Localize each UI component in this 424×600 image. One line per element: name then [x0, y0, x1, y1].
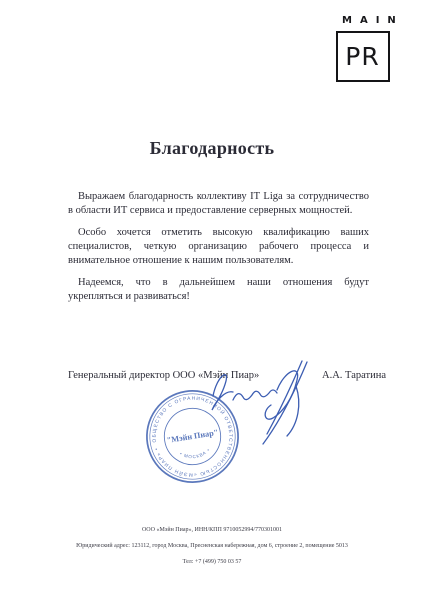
paragraph-1: Выражаем благодарность коллективу IT Lig…	[68, 190, 369, 218]
gratitude-letter-page: MAIN PR Благодарность Выражаем благодарн…	[0, 0, 424, 600]
letter-footer: ООО «Мэйн Пиар», ИНН/КПП 9710052994/7703…	[0, 527, 424, 575]
logo-pr-box: PR	[336, 31, 390, 82]
footer-address-line: Юридический адрес: 123112, город Москва,…	[0, 543, 424, 550]
letter-body: Выражаем благодарность коллективу IT Lig…	[68, 190, 369, 312]
footer-company-line: ООО «Мэйн Пиар», ИНН/КПП 9710052994/7703…	[0, 527, 424, 534]
paragraph-3: Надеемся, что в дальнейшем наши отношени…	[68, 276, 369, 304]
paragraph-2: Особо хочется отметить высокую квалифика…	[68, 226, 369, 268]
handwritten-signature	[203, 356, 321, 452]
document-title: Благодарность	[0, 138, 424, 159]
logo-main-text: MAIN	[334, 15, 391, 26]
footer-phone-line: Тел: +7 (499) 750 03 57	[0, 559, 424, 566]
logo-pr-text: PR	[345, 44, 379, 69]
company-logo: MAIN PR	[334, 15, 391, 82]
director-name: А.А. Таратина	[322, 370, 386, 381]
